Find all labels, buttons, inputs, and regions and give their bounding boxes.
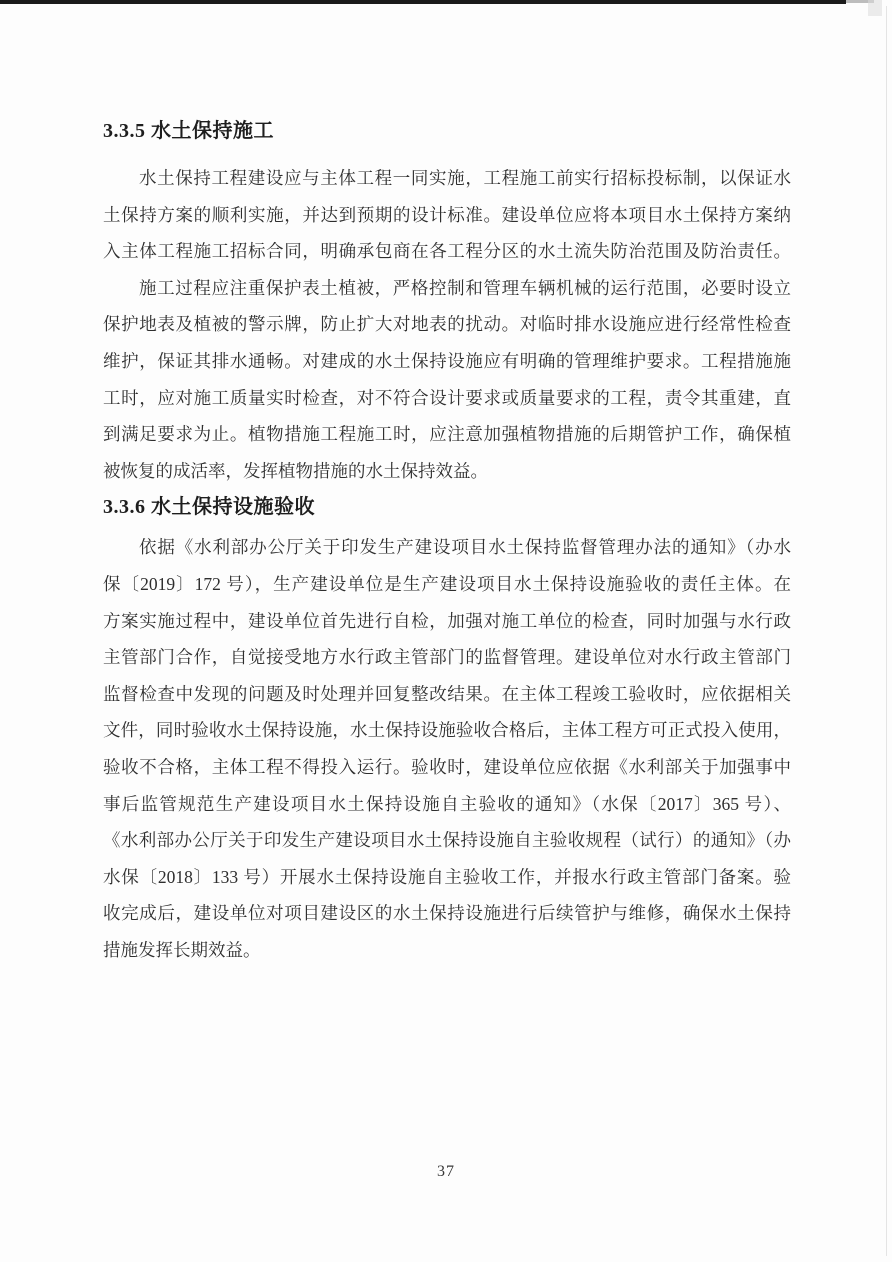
scan-artifact-corner-mark <box>868 0 882 16</box>
body-line: 文件，同时验收水土保持设施，水土保持设施验收合格后，主体工程方可正式投入使用， <box>103 712 791 749</box>
body-line: 措施发挥长期效益。 <box>103 932 791 969</box>
section-heading-3-3-5: 3.3.5 水土保持施工 <box>103 112 791 160</box>
body-line: 收完成后，建设单位对项目建设区的水土保持设施进行后续管护与维修，确保水土保持 <box>103 895 791 932</box>
body-line: 维护，保证其排水通畅。对建成的水土保持设施应有明确的管理维护要求。工程措施施 <box>103 343 791 380</box>
body-line: 到满足要求为止。植物措施工程施工时，应注意加强植物措施的后期管护工作，确保植 <box>103 416 791 453</box>
body-line: 《水利部办公厅关于印发生产建设项目水土保持设施自主验收规程（试行）的通知》（办 <box>103 822 791 859</box>
body-line: 被恢复的成活率，发挥植物措施的水土保持效益。 <box>103 453 791 490</box>
body-line: 监督检查中发现的问题及时处理并回复整改结果。在主体工程竣工验收时，应依据相关 <box>103 676 791 713</box>
body-line: 主管部门合作，自觉接受地方水行政主管部门的监督管理。建设单位对水行政主管部门 <box>103 639 791 676</box>
body-line: 验收不合格，主体工程不得投入运行。验收时，建设单位应依据《水利部关于加强事中 <box>103 749 791 786</box>
body-line: 保〔2019〕172 号），生产建设单位是生产建设项目水土保持设施验收的责任主体… <box>103 566 791 603</box>
body-line: 水保〔2018〕133 号）开展水土保持设施自主验收工作，并报水行政主管部门备案… <box>103 859 791 896</box>
body-line: 保护地表及植被的警示牌，防止扩大对地表的扰动。对临时排水设施应进行经常性检查 <box>103 306 791 343</box>
body-line: 依据《水利部办公厅关于印发生产建设项目水土保持监督管理办法的通知》（办水 <box>103 529 791 566</box>
section-heading-3-3-6: 3.3.6 水土保持设施验收 <box>103 489 791 529</box>
page-content: 3.3.5 水土保持施工 水土保持工程建设应与主体工程一同实施，工程施工前实行招… <box>103 112 791 968</box>
page-number: 37 <box>0 1163 892 1181</box>
scan-artifact-right-edge <box>886 6 887 1256</box>
body-line: 水土保持工程建设应与主体工程一同实施，工程施工前实行招标投标制，以保证水 <box>103 160 791 197</box>
scan-artifact-top-line <box>0 0 846 4</box>
body-line: 事后监管规范生产建设项目水土保持设施自主验收的通知》（水保〔2017〕365 号… <box>103 786 791 823</box>
body-line: 工时，应对施工质量实时检查，对不符合设计要求或质量要求的工程，责令其重建，直 <box>103 380 791 417</box>
body-line: 入主体工程施工招标合同，明确承包商在各工程分区的水土流失防治范围及防治责任。 <box>103 233 791 270</box>
body-line: 方案实施过程中，建设单位首先进行自检，加强对施工单位的检查，同时加强与水行政 <box>103 603 791 640</box>
body-line: 土保持方案的顺利实施，并达到预期的设计标准。建设单位应将本项目水土保持方案纳 <box>103 197 791 234</box>
body-line: 施工过程应注重保护表土植被，严格控制和管理车辆机械的运行范围，必要时设立 <box>103 270 791 307</box>
document-page: 3.3.5 水土保持施工 水土保持工程建设应与主体工程一同实施，工程施工前实行招… <box>0 0 892 1262</box>
